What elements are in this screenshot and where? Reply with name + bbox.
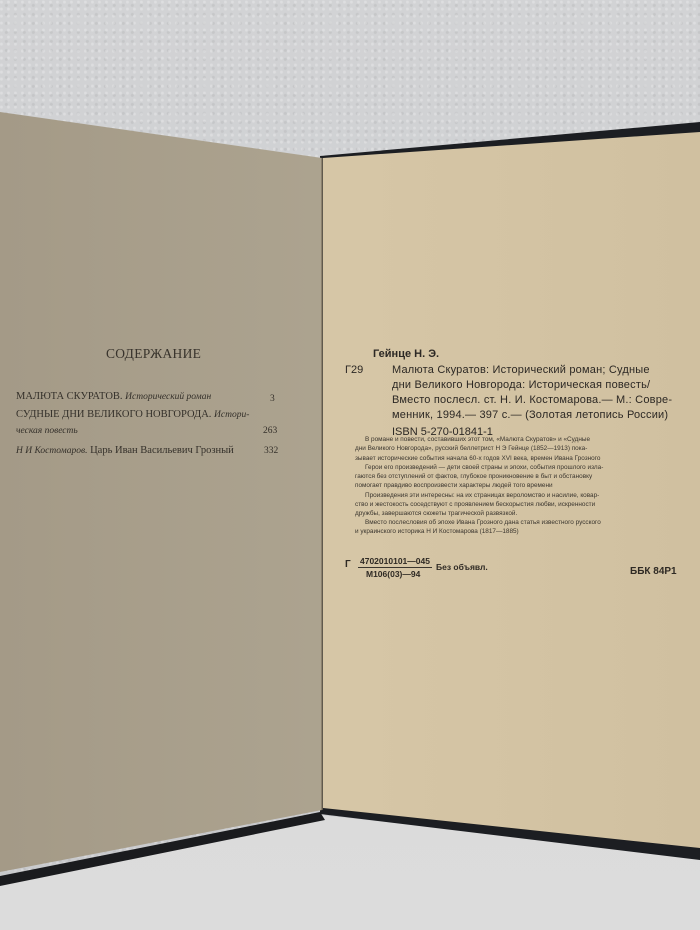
bib-line: Малюта Скуратов: Исторический роман; Суд… — [392, 364, 650, 376]
bbk-code: ББК 84Р1 — [630, 566, 677, 577]
toc-entry-1-page: 3 — [270, 394, 275, 404]
annotation-line: помогает правдиво воспроизвести характер… — [355, 482, 553, 489]
toc-entry-title: МАЛЮТА СКУРАТОВ. — [16, 391, 123, 402]
annotation-line: дни Великого Новгорода», русский беллетр… — [355, 445, 587, 452]
classification-note: Без объявл. — [436, 562, 488, 572]
toc-entry-title: Царь Иван Васильевич Грозный — [90, 445, 234, 456]
annotation-line: В романе и повести, составивших этот том… — [365, 436, 590, 443]
bib-author: Гейнце Н. Э. — [373, 348, 439, 360]
toc-entry-author: Н И Костомаров. — [16, 446, 87, 456]
bib-code: Г29 — [345, 364, 363, 376]
toc-entry-1: МАЛЮТА СКУРАТОВ. Исторический роман — [16, 391, 211, 402]
fraction-line — [358, 567, 432, 568]
annotation-line: Герои его произведений — дети своей стра… — [365, 464, 603, 471]
annotation-line: и украинского историка Н И Костомарова (… — [355, 528, 519, 535]
toc-entry-title: СУДНЫЕ ДНИ ВЕЛИКОГО НОВГОРОДА. — [16, 409, 211, 420]
annotation-line: Вместо послесловия об эпохе Ивана Грозно… — [365, 519, 601, 526]
toc-entry-2-page: 263 — [263, 426, 277, 436]
book-gutter — [321, 158, 323, 810]
annotation-line: ство и жестокость соседствуют с проявлен… — [355, 501, 595, 508]
bib-line: Вместо послесл. ст. Н. И. Костомарова.— … — [392, 394, 672, 406]
toc-title: СОДЕРЖАНИЕ — [106, 346, 201, 362]
toc-entry-2-cont: ческая повесть — [16, 425, 78, 436]
classification-denominator: М106(03)—94 — [366, 569, 420, 579]
classification-letter: Г — [345, 559, 351, 570]
toc-entry-subtitle-cont: ческая повесть — [16, 426, 78, 436]
toc-entry-3-page: 332 — [264, 446, 278, 456]
annotation-line: дружбы, завершаются сюжеты трагической р… — [355, 510, 517, 517]
toc-entry-2: СУДНЫЕ ДНИ ВЕЛИКОГО НОВГОРОДА. Истори- — [16, 409, 249, 420]
annotation-line: гаются без отступлений от фактов, глубок… — [355, 473, 592, 480]
bib-line: дни Великого Новгорода: Историческая пов… — [392, 379, 650, 391]
toc-entry-3: Н И Костомаров. Царь Иван Васильевич Гро… — [16, 445, 234, 456]
classification-numerator: 4702010101—045 — [360, 556, 430, 566]
bib-line: менник, 1994.— 397 с.— (Золотая летопись… — [392, 409, 668, 421]
annotation-line: Произведения эти интересны: на их страни… — [365, 492, 599, 499]
toc-entry-subtitle: Исторический роман — [125, 392, 211, 402]
annotation-line: зывает исторические события начала 60-х … — [355, 455, 600, 462]
toc-entry-subtitle: Истори- — [214, 410, 249, 420]
